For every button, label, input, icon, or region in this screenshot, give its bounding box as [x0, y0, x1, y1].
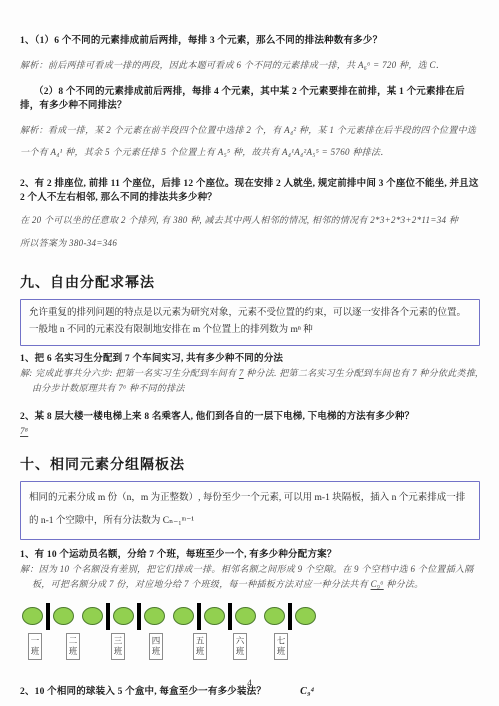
class-label: 三班	[111, 633, 125, 660]
divider-bar-icon	[46, 603, 50, 630]
quota-circle	[235, 607, 256, 625]
class-label: 四班	[149, 633, 163, 660]
document-page: 1、（1）6 个不同的元素排成前后两排，每排 3 个元素，那么不同的排法种数有多…	[0, 0, 499, 706]
quota-circle	[295, 607, 316, 625]
answer-formula: 7⁸	[20, 426, 28, 436]
divider-bar-icon	[197, 603, 201, 630]
insert-board-formula: C₉⁶	[371, 579, 384, 589]
class-label: 五班	[193, 633, 207, 660]
section-9-rule-box: 允许重复的排列问题的特点是以元素为研究对象，元素不受位置的约束，可以逐一安排各个…	[20, 299, 480, 346]
solution-2-line1: 在 20 个可以坐的任意取 2 个排列, 有 380 种, 减去其中两人相邻的情…	[20, 213, 480, 228]
solution-text-post: 种分法。	[384, 579, 424, 589]
divider-bar-icon	[137, 603, 141, 630]
quota-circle	[113, 607, 134, 625]
quota-circle	[204, 607, 225, 625]
question-text: 2、10 个相同的球装入 5 个盒中, 每盒至少一有多少装法？	[20, 687, 266, 697]
solution-1-2: 解析：看成一排，某 2 个元素在前半段四个位置中选排 2 个，有 A₄² 种，某…	[20, 119, 480, 163]
section-10-question-1: 1、有 10 个运动员名额，分给 7 个班，每班至少一个, 有多少种分配方案？	[20, 548, 480, 562]
quota-circle	[173, 607, 194, 625]
section-10-rule-box: 相同的元素分成 m 份（n，m 为正整数）, 每份至少一个元素, 可以用 m-1…	[20, 481, 480, 540]
section-9-answer-2: 7⁸	[20, 424, 480, 439]
separator-board-diagram: 一班二班三班四班五班六班七班	[22, 602, 312, 671]
quota-circle	[82, 607, 103, 625]
divider-bar-icon	[106, 603, 110, 630]
class-label: 二班	[66, 633, 80, 660]
divider-bar-icon	[228, 603, 232, 630]
page-number: 4	[0, 678, 499, 688]
question-1-1: 1、（1）6 个不同的元素排成前后两排，每排 3 个元素，那么不同的排法种数有多…	[20, 34, 480, 48]
solution-1-1: 解析：前后两排可看成一排的两段，因此本题可看成 6 个不同的元素排成一排，共 A…	[20, 58, 480, 73]
class-label-row: 一班二班三班四班五班六班七班	[22, 633, 312, 671]
solution-text-pre: 解: 完成此事共分六步: 把第一名实习生分配到车间有	[20, 368, 239, 378]
solution-2-line2: 所以答案为 380-34=346	[20, 236, 480, 251]
class-label: 六班	[233, 633, 247, 660]
section-9-heading: 九、自由分配求幂法	[20, 275, 480, 293]
question-2: 2、有 2 排座位, 前排 11 个座位，后排 12 个座位。现在安排 2 人就…	[20, 177, 480, 205]
section-10-heading: 十、相同元素分组隔板法	[20, 457, 480, 475]
separator-diagram-row	[22, 602, 312, 630]
question-1-2: （2）8 个不同的元素排成前后两排，每排 4 个元素，其中某 2 个元素要排在前…	[20, 85, 480, 113]
quota-circle	[264, 607, 285, 625]
quota-circle	[144, 607, 165, 625]
class-label: 一班	[28, 633, 42, 660]
section-9-question-2: 2、某 8 层大楼一楼电梯上来 8 名乘客人, 他们到各自的一层下电梯, 下电梯…	[20, 410, 480, 424]
quota-circle	[53, 607, 74, 625]
section-10-solution-1: 解：因为 10 个名额没有差别，把它们排成一排。相邻名额之间形成 9 个空隙。在…	[20, 562, 480, 592]
class-label: 七班	[274, 633, 288, 660]
section-9-solution-1: 解: 完成此事共分六步: 把第一名实习生分配到车间有 7 种分法. 把第二名实习…	[20, 366, 480, 396]
section-9-question-1: 1、把 6 名实习生分配到 7 个车间实习, 共有多少种不同的分法	[20, 352, 480, 366]
quota-circle	[22, 607, 43, 625]
divider-bar-icon	[288, 603, 292, 630]
